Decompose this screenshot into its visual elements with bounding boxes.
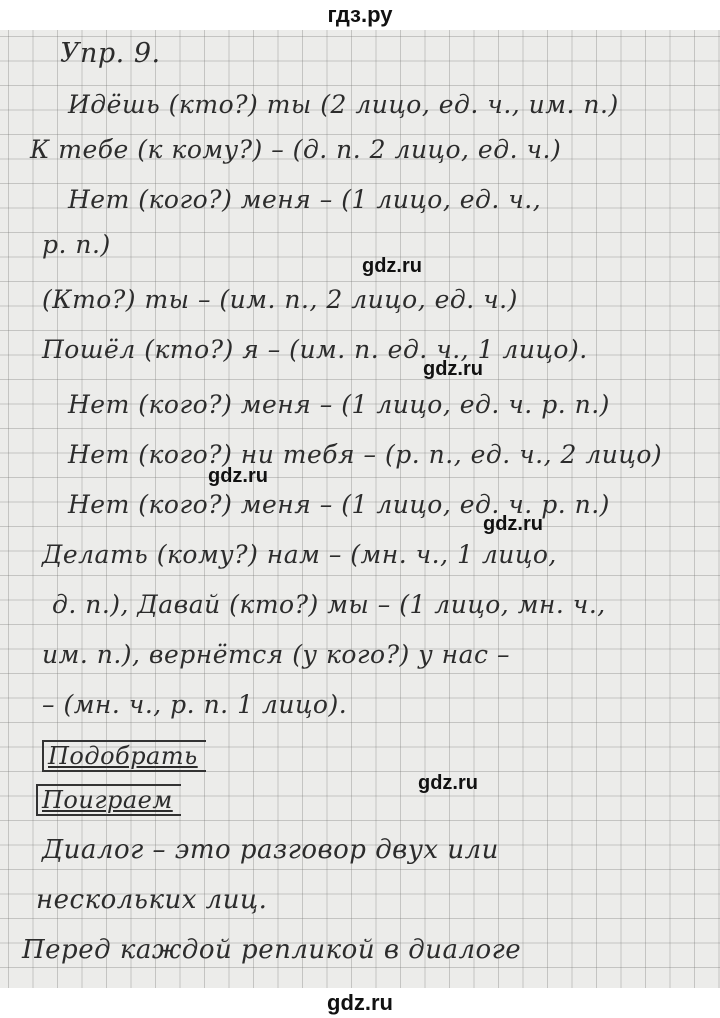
site-header: гдз.ру: [0, 0, 720, 30]
word-analysis: Поиграем: [36, 786, 181, 814]
text-line: Делать (кому?) нам – (мн. ч., 1 лицо,: [42, 540, 557, 569]
text-line: Нет (кого?) меня – (1 лицо, ед. ч.,: [68, 185, 541, 214]
text-line: – (мн. ч., р. п. 1 лицо).: [42, 690, 347, 719]
text-line: К тебе (к кому?) – (д. п. 2 лицо, ед. ч.…: [30, 135, 561, 164]
exercise-title: Упр. 9.: [60, 38, 161, 69]
notebook-page: Упр. 9. Идёшь (кто?) ты (2 лицо, ед. ч.,…: [0, 30, 720, 988]
text-line: д. п.), Давай (кто?) мы – (1 лицо, мн. ч…: [52, 590, 606, 619]
text-line: Перед каждой репликой в диалоге: [22, 935, 521, 965]
text-line: им. п.), вернётся (у кого?) у нас –: [42, 640, 510, 669]
watermark: gdz.ru: [483, 513, 543, 536]
watermark: gdz.ru: [418, 772, 478, 795]
site-footer: gdz.ru: [0, 988, 720, 1018]
text-line: Пошёл (кто?) я – (им. п. ед. ч., 1 лицо)…: [42, 335, 588, 364]
word-poigraem: Поиграем: [36, 784, 181, 816]
text-line: Нет (кого?) ни тебя – (р. п., ед. ч., 2 …: [68, 440, 662, 469]
watermark: gdz.ru: [208, 465, 268, 488]
word-analysis: Подобрать: [42, 742, 206, 770]
site-name: gdz.ru: [327, 990, 393, 1015]
site-name: гдз.ру: [328, 2, 393, 27]
text-line: Идёшь (кто?) ты (2 лицо, ед. ч., им. п.): [68, 90, 619, 119]
word-podobrat: Подобрать: [42, 740, 206, 772]
text-line: нескольких лиц.: [36, 885, 267, 915]
text-line: р. п.): [42, 230, 111, 259]
watermark: gdz.ru: [423, 358, 483, 381]
text-line: (Кто?) ты – (им. п., 2 лицо, ед. ч.): [42, 285, 518, 314]
text-line: Диалог – это разговор двух или: [42, 835, 499, 865]
watermark: gdz.ru: [362, 255, 422, 278]
text-line: Нет (кого?) меня – (1 лицо, ед. ч. р. п.…: [68, 390, 610, 419]
